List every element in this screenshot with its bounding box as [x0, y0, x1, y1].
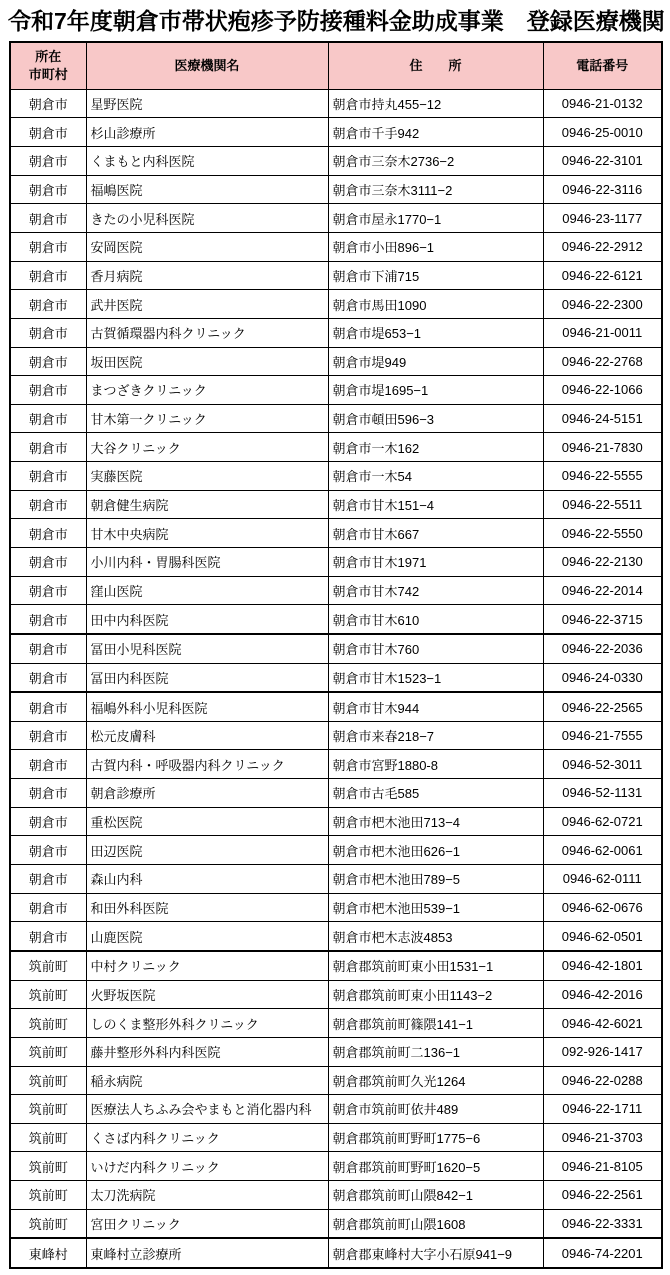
- table-row: 朝倉市福嶋外科小児科医院朝倉市甘木9440946-22-2565: [10, 692, 662, 721]
- page-title: 令和7年度朝倉市帯状疱疹予防接種料金助成事業 登録医療機関: [8, 7, 670, 36]
- cell-municipality: 朝倉市: [10, 750, 86, 779]
- cell-municipality: 朝倉市: [10, 347, 86, 376]
- table-row: 朝倉市森山内科朝倉市杷木池田789−50946-62-0111: [10, 865, 662, 894]
- table-row: 筑前町藤井整形外科内科医院朝倉郡筑前町二136−1092-926-1417: [10, 1037, 662, 1066]
- table-row: 筑前町火野坂医院朝倉郡筑前町東小田1143−20946-42-2016: [10, 980, 662, 1009]
- cell-phone: 0946-62-0061: [543, 836, 662, 865]
- cell-institution: 安岡医院: [86, 232, 328, 261]
- table-row: 朝倉市安岡医院朝倉市小田896−10946-22-2912: [10, 232, 662, 261]
- table-row: 朝倉市冨田小児科医院朝倉市甘木7600946-22-2036: [10, 634, 662, 663]
- cell-phone: 0946-22-2014: [543, 576, 662, 605]
- cell-institution: 甘木第一クリニック: [86, 404, 328, 433]
- cell-municipality: 筑前町: [10, 1095, 86, 1124]
- cell-phone: 0946-62-0721: [543, 807, 662, 836]
- cell-municipality: 朝倉市: [10, 89, 86, 118]
- cell-institution: 窪山医院: [86, 576, 328, 605]
- cell-address: 朝倉市甘木667: [328, 519, 543, 548]
- table-row: 朝倉市杉山診療所朝倉市千手9420946-25-0010: [10, 118, 662, 147]
- cell-address: 朝倉市杷木志波4853: [328, 922, 543, 951]
- cell-municipality: 朝倉市: [10, 433, 86, 462]
- cell-institution: 小川内科・胃腸科医院: [86, 548, 328, 577]
- cell-municipality: 筑前町: [10, 1037, 86, 1066]
- table-row: 朝倉市福嶋医院朝倉市三奈木3111−20946-22-3116: [10, 175, 662, 204]
- cell-phone: 0946-62-0111: [543, 865, 662, 894]
- cell-institution: 冨田小児科医院: [86, 634, 328, 663]
- cell-institution: 福嶋外科小児科医院: [86, 692, 328, 721]
- cell-phone: 0946-22-2561: [543, 1181, 662, 1210]
- cell-phone: 0946-22-2130: [543, 548, 662, 577]
- cell-phone: 0946-22-3715: [543, 605, 662, 634]
- cell-municipality: 朝倉市: [10, 318, 86, 347]
- cell-phone: 0946-23-1177: [543, 204, 662, 233]
- cell-institution: 和田外科医院: [86, 893, 328, 922]
- table-row: 朝倉市武井医院朝倉市馬田10900946-22-2300: [10, 290, 662, 319]
- cell-municipality: 筑前町: [10, 1181, 86, 1210]
- cell-address: 朝倉市古毛585: [328, 779, 543, 808]
- cell-municipality: 朝倉市: [10, 490, 86, 519]
- table-row: 朝倉市大谷クリニック朝倉市一木1620946-21-7830: [10, 433, 662, 462]
- cell-phone: 0946-24-5151: [543, 404, 662, 433]
- cell-municipality: 東峰村: [10, 1238, 86, 1268]
- cell-phone: 0946-42-2016: [543, 980, 662, 1009]
- cell-institution: 坂田医院: [86, 347, 328, 376]
- cell-address: 朝倉郡筑前町東小田1531−1: [328, 951, 543, 980]
- cell-address: 朝倉郡筑前町篠隈141−1: [328, 1009, 543, 1038]
- table-row: 筑前町医療法人ちふみ会やまもと消化器内科朝倉市筑前町依井4890946-22-1…: [10, 1095, 662, 1124]
- cell-phone: 0946-22-3116: [543, 175, 662, 204]
- cell-municipality: 朝倉市: [10, 721, 86, 750]
- cell-institution: 東峰村立診療所: [86, 1238, 328, 1268]
- cell-phone: 0946-22-0288: [543, 1066, 662, 1095]
- table-row: 朝倉市星野医院朝倉市持丸455−120946-21-0132: [10, 89, 662, 118]
- cell-institution: 古賀循環器内科クリニック: [86, 318, 328, 347]
- table-row: 筑前町中村クリニック朝倉郡筑前町東小田1531−10946-42-1801: [10, 951, 662, 980]
- cell-address: 朝倉郡筑前町山隈842−1: [328, 1181, 543, 1210]
- cell-phone: 0946-62-0501: [543, 922, 662, 951]
- cell-municipality: 朝倉市: [10, 462, 86, 491]
- cell-phone: 0946-22-1711: [543, 1095, 662, 1124]
- table-row: 朝倉市きたの小児科医院朝倉市屋永1770−10946-23-1177: [10, 204, 662, 233]
- cell-municipality: 朝倉市: [10, 663, 86, 692]
- medical-institutions-table: 所在 市町村 医療機関名 住 所 電話番号 朝倉市星野医院朝倉市持丸455−12…: [9, 41, 663, 1269]
- cell-municipality: 朝倉市: [10, 893, 86, 922]
- cell-municipality: 朝倉市: [10, 807, 86, 836]
- cell-institution: くさば内科クリニック: [86, 1123, 328, 1152]
- header-phone: 電話番号: [543, 42, 662, 90]
- cell-address: 朝倉市持丸455−12: [328, 89, 543, 118]
- cell-institution: 甘木中央病院: [86, 519, 328, 548]
- header-municipality-line1: 所在: [35, 49, 61, 64]
- cell-phone: 0946-21-7555: [543, 721, 662, 750]
- table-row: 朝倉市朝倉健生病院朝倉市甘木151−40946-22-5511: [10, 490, 662, 519]
- cell-address: 朝倉市一木54: [328, 462, 543, 491]
- cell-municipality: 筑前町: [10, 1066, 86, 1095]
- cell-phone: 0946-21-0132: [543, 89, 662, 118]
- cell-address: 朝倉市屋永1770−1: [328, 204, 543, 233]
- cell-phone: 0946-62-0676: [543, 893, 662, 922]
- document-page: 令和7年度朝倉市帯状疱疹予防接種料金助成事業 登録医療機関 所在 市町村 医療機…: [0, 0, 670, 1275]
- table-row: 東峰村東峰村立診療所朝倉郡東峰村大字小石原941−90946-74-2201: [10, 1238, 662, 1268]
- cell-municipality: 朝倉市: [10, 779, 86, 808]
- cell-institution: 実藤医院: [86, 462, 328, 491]
- cell-municipality: 筑前町: [10, 1152, 86, 1181]
- cell-phone: 0946-22-3101: [543, 147, 662, 176]
- cell-address: 朝倉郡筑前町久光1264: [328, 1066, 543, 1095]
- cell-institution: いけだ内科クリニック: [86, 1152, 328, 1181]
- cell-institution: 田辺医院: [86, 836, 328, 865]
- cell-phone: 0946-22-3331: [543, 1209, 662, 1238]
- cell-address: 朝倉郡筑前町山隈1608: [328, 1209, 543, 1238]
- cell-address: 朝倉市筑前町依井489: [328, 1095, 543, 1124]
- cell-phone: 0946-22-1066: [543, 376, 662, 405]
- cell-phone: 0946-21-8105: [543, 1152, 662, 1181]
- table-row: 朝倉市実藤医院朝倉市一木540946-22-5555: [10, 462, 662, 491]
- cell-institution: 松元皮膚科: [86, 721, 328, 750]
- cell-address: 朝倉市甘木742: [328, 576, 543, 605]
- table-row: 筑前町宮田クリニック朝倉郡筑前町山隈16080946-22-3331: [10, 1209, 662, 1238]
- cell-municipality: 朝倉市: [10, 404, 86, 433]
- cell-municipality: 朝倉市: [10, 692, 86, 721]
- table-row: 筑前町しのくま整形外科クリニック朝倉郡筑前町篠隈141−10946-42-602…: [10, 1009, 662, 1038]
- header-municipality-line2: 市町村: [29, 67, 68, 82]
- table-body: 朝倉市星野医院朝倉市持丸455−120946-21-0132朝倉市杉山診療所朝倉…: [10, 89, 662, 1268]
- cell-address: 朝倉市下浦715: [328, 261, 543, 290]
- cell-address: 朝倉市宮野1880-8: [328, 750, 543, 779]
- cell-phone: 0946-24-0330: [543, 663, 662, 692]
- cell-phone: 0946-22-2768: [543, 347, 662, 376]
- cell-phone: 0946-22-2912: [543, 232, 662, 261]
- cell-municipality: 朝倉市: [10, 836, 86, 865]
- header-address: 住 所: [328, 42, 543, 90]
- cell-address: 朝倉市杷木池田789−5: [328, 865, 543, 894]
- cell-phone: 0946-52-3011: [543, 750, 662, 779]
- cell-institution: 武井医院: [86, 290, 328, 319]
- cell-institution: まつざきクリニック: [86, 376, 328, 405]
- cell-municipality: 朝倉市: [10, 634, 86, 663]
- header-row: 所在 市町村 医療機関名 住 所 電話番号: [10, 42, 662, 90]
- cell-phone: 0946-42-1801: [543, 951, 662, 980]
- table-row: 筑前町太刀洗病院朝倉郡筑前町山隈842−10946-22-2561: [10, 1181, 662, 1210]
- cell-institution: 火野坂医院: [86, 980, 328, 1009]
- header-institution: 医療機関名: [86, 42, 328, 90]
- cell-municipality: 筑前町: [10, 951, 86, 980]
- cell-institution: 中村クリニック: [86, 951, 328, 980]
- table-row: 朝倉市田辺医院朝倉市杷木池田626−10946-62-0061: [10, 836, 662, 865]
- table-row: 朝倉市甘木第一クリニック朝倉市頓田596−30946-24-5151: [10, 404, 662, 433]
- cell-institution: 冨田内科医院: [86, 663, 328, 692]
- cell-institution: 藤井整形外科内科医院: [86, 1037, 328, 1066]
- cell-institution: くまもと内科医院: [86, 147, 328, 176]
- cell-address: 朝倉市杷木池田626−1: [328, 836, 543, 865]
- cell-municipality: 筑前町: [10, 1009, 86, 1038]
- cell-municipality: 朝倉市: [10, 204, 86, 233]
- cell-address: 朝倉市頓田596−3: [328, 404, 543, 433]
- table-row: 朝倉市山鹿医院朝倉市杷木志波48530946-62-0501: [10, 922, 662, 951]
- table-row: 朝倉市香月病院朝倉市下浦7150946-22-6121: [10, 261, 662, 290]
- cell-institution: 朝倉健生病院: [86, 490, 328, 519]
- cell-institution: 古賀内科・呼吸器内科クリニック: [86, 750, 328, 779]
- cell-institution: 重松医院: [86, 807, 328, 836]
- table-row: 筑前町くさば内科クリニック朝倉郡筑前町野町1775−60946-21-3703: [10, 1123, 662, 1152]
- cell-municipality: 筑前町: [10, 980, 86, 1009]
- cell-address: 朝倉市堤653−1: [328, 318, 543, 347]
- cell-phone: 0946-22-2300: [543, 290, 662, 319]
- cell-address: 朝倉郡筑前町二136−1: [328, 1037, 543, 1066]
- table-row: 朝倉市田中内科医院朝倉市甘木6100946-22-3715: [10, 605, 662, 634]
- cell-municipality: 朝倉市: [10, 261, 86, 290]
- table-row: 朝倉市くまもと内科医院朝倉市三奈木2736−20946-22-3101: [10, 147, 662, 176]
- cell-municipality: 朝倉市: [10, 376, 86, 405]
- cell-institution: 香月病院: [86, 261, 328, 290]
- table-row: 朝倉市朝倉診療所朝倉市古毛5850946-52-1131: [10, 779, 662, 808]
- cell-municipality: 朝倉市: [10, 922, 86, 951]
- cell-municipality: 筑前町: [10, 1123, 86, 1152]
- cell-phone: 0946-21-3703: [543, 1123, 662, 1152]
- table-row: 朝倉市古賀循環器内科クリニック朝倉市堤653−10946-21-0011: [10, 318, 662, 347]
- cell-institution: 森山内科: [86, 865, 328, 894]
- cell-institution: 田中内科医院: [86, 605, 328, 634]
- cell-municipality: 筑前町: [10, 1209, 86, 1238]
- cell-municipality: 朝倉市: [10, 865, 86, 894]
- cell-phone: 0946-22-2036: [543, 634, 662, 663]
- cell-address: 朝倉郡筑前町東小田1143−2: [328, 980, 543, 1009]
- cell-municipality: 朝倉市: [10, 605, 86, 634]
- table-row: 朝倉市窪山医院朝倉市甘木7420946-22-2014: [10, 576, 662, 605]
- cell-institution: 太刀洗病院: [86, 1181, 328, 1210]
- cell-phone: 0946-22-5550: [543, 519, 662, 548]
- cell-address: 朝倉郡東峰村大字小石原941−9: [328, 1238, 543, 1268]
- cell-address: 朝倉郡筑前町野町1775−6: [328, 1123, 543, 1152]
- table-row: 筑前町いけだ内科クリニック朝倉郡筑前町野町1620−50946-21-8105: [10, 1152, 662, 1181]
- cell-address: 朝倉市甘木1971: [328, 548, 543, 577]
- cell-institution: 医療法人ちふみ会やまもと消化器内科: [86, 1095, 328, 1124]
- cell-institution: 杉山診療所: [86, 118, 328, 147]
- cell-address: 朝倉市一木162: [328, 433, 543, 462]
- table-row: 朝倉市甘木中央病院朝倉市甘木6670946-22-5550: [10, 519, 662, 548]
- cell-address: 朝倉市三奈木2736−2: [328, 147, 543, 176]
- cell-institution: 宮田クリニック: [86, 1209, 328, 1238]
- cell-address: 朝倉市堤1695−1: [328, 376, 543, 405]
- table-row: 朝倉市坂田医院朝倉市堤9490946-22-2768: [10, 347, 662, 376]
- cell-address: 朝倉市甘木760: [328, 634, 543, 663]
- cell-address: 朝倉市杷木池田539−1: [328, 893, 543, 922]
- cell-phone: 0946-22-5555: [543, 462, 662, 491]
- cell-institution: 大谷クリニック: [86, 433, 328, 462]
- cell-address: 朝倉市甘木151−4: [328, 490, 543, 519]
- table-row: 朝倉市古賀内科・呼吸器内科クリニック朝倉市宮野1880-80946-52-301…: [10, 750, 662, 779]
- cell-institution: 福嶋医院: [86, 175, 328, 204]
- cell-phone: 0946-21-7830: [543, 433, 662, 462]
- table-row: 朝倉市和田外科医院朝倉市杷木池田539−10946-62-0676: [10, 893, 662, 922]
- cell-address: 朝倉郡筑前町野町1620−5: [328, 1152, 543, 1181]
- cell-municipality: 朝倉市: [10, 232, 86, 261]
- header-municipality: 所在 市町村: [10, 42, 86, 90]
- table-row: 朝倉市冨田内科医院朝倉市甘木1523−10946-24-0330: [10, 663, 662, 692]
- cell-phone: 0946-42-6021: [543, 1009, 662, 1038]
- cell-institution: しのくま整形外科クリニック: [86, 1009, 328, 1038]
- cell-municipality: 朝倉市: [10, 576, 86, 605]
- cell-address: 朝倉市甘木610: [328, 605, 543, 634]
- cell-phone: 0946-22-5511: [543, 490, 662, 519]
- table-row: 筑前町稲永病院朝倉郡筑前町久光12640946-22-0288: [10, 1066, 662, 1095]
- cell-municipality: 朝倉市: [10, 118, 86, 147]
- table-row: 朝倉市小川内科・胃腸科医院朝倉市甘木19710946-22-2130: [10, 548, 662, 577]
- table-row: 朝倉市松元皮膚科朝倉市来春218−70946-21-7555: [10, 721, 662, 750]
- table-row: 朝倉市まつざきクリニック朝倉市堤1695−10946-22-1066: [10, 376, 662, 405]
- cell-address: 朝倉市甘木944: [328, 692, 543, 721]
- cell-municipality: 朝倉市: [10, 519, 86, 548]
- cell-phone: 0946-52-1131: [543, 779, 662, 808]
- cell-institution: 星野医院: [86, 89, 328, 118]
- cell-address: 朝倉市三奈木3111−2: [328, 175, 543, 204]
- cell-address: 朝倉市来春218−7: [328, 721, 543, 750]
- cell-address: 朝倉市甘木1523−1: [328, 663, 543, 692]
- cell-address: 朝倉市馬田1090: [328, 290, 543, 319]
- cell-address: 朝倉市堤949: [328, 347, 543, 376]
- table-row: 朝倉市重松医院朝倉市杷木池田713−40946-62-0721: [10, 807, 662, 836]
- cell-address: 朝倉市小田896−1: [328, 232, 543, 261]
- cell-institution: きたの小児科医院: [86, 204, 328, 233]
- cell-phone: 0946-21-0011: [543, 318, 662, 347]
- cell-municipality: 朝倉市: [10, 548, 86, 577]
- cell-phone: 0946-22-6121: [543, 261, 662, 290]
- cell-phone: 0946-74-2201: [543, 1238, 662, 1268]
- cell-municipality: 朝倉市: [10, 147, 86, 176]
- cell-phone: 0946-25-0010: [543, 118, 662, 147]
- cell-institution: 山鹿医院: [86, 922, 328, 951]
- cell-phone: 092-926-1417: [543, 1037, 662, 1066]
- cell-institution: 朝倉診療所: [86, 779, 328, 808]
- cell-institution: 稲永病院: [86, 1066, 328, 1095]
- cell-municipality: 朝倉市: [10, 290, 86, 319]
- cell-municipality: 朝倉市: [10, 175, 86, 204]
- cell-address: 朝倉市千手942: [328, 118, 543, 147]
- cell-phone: 0946-22-2565: [543, 692, 662, 721]
- cell-address: 朝倉市杷木池田713−4: [328, 807, 543, 836]
